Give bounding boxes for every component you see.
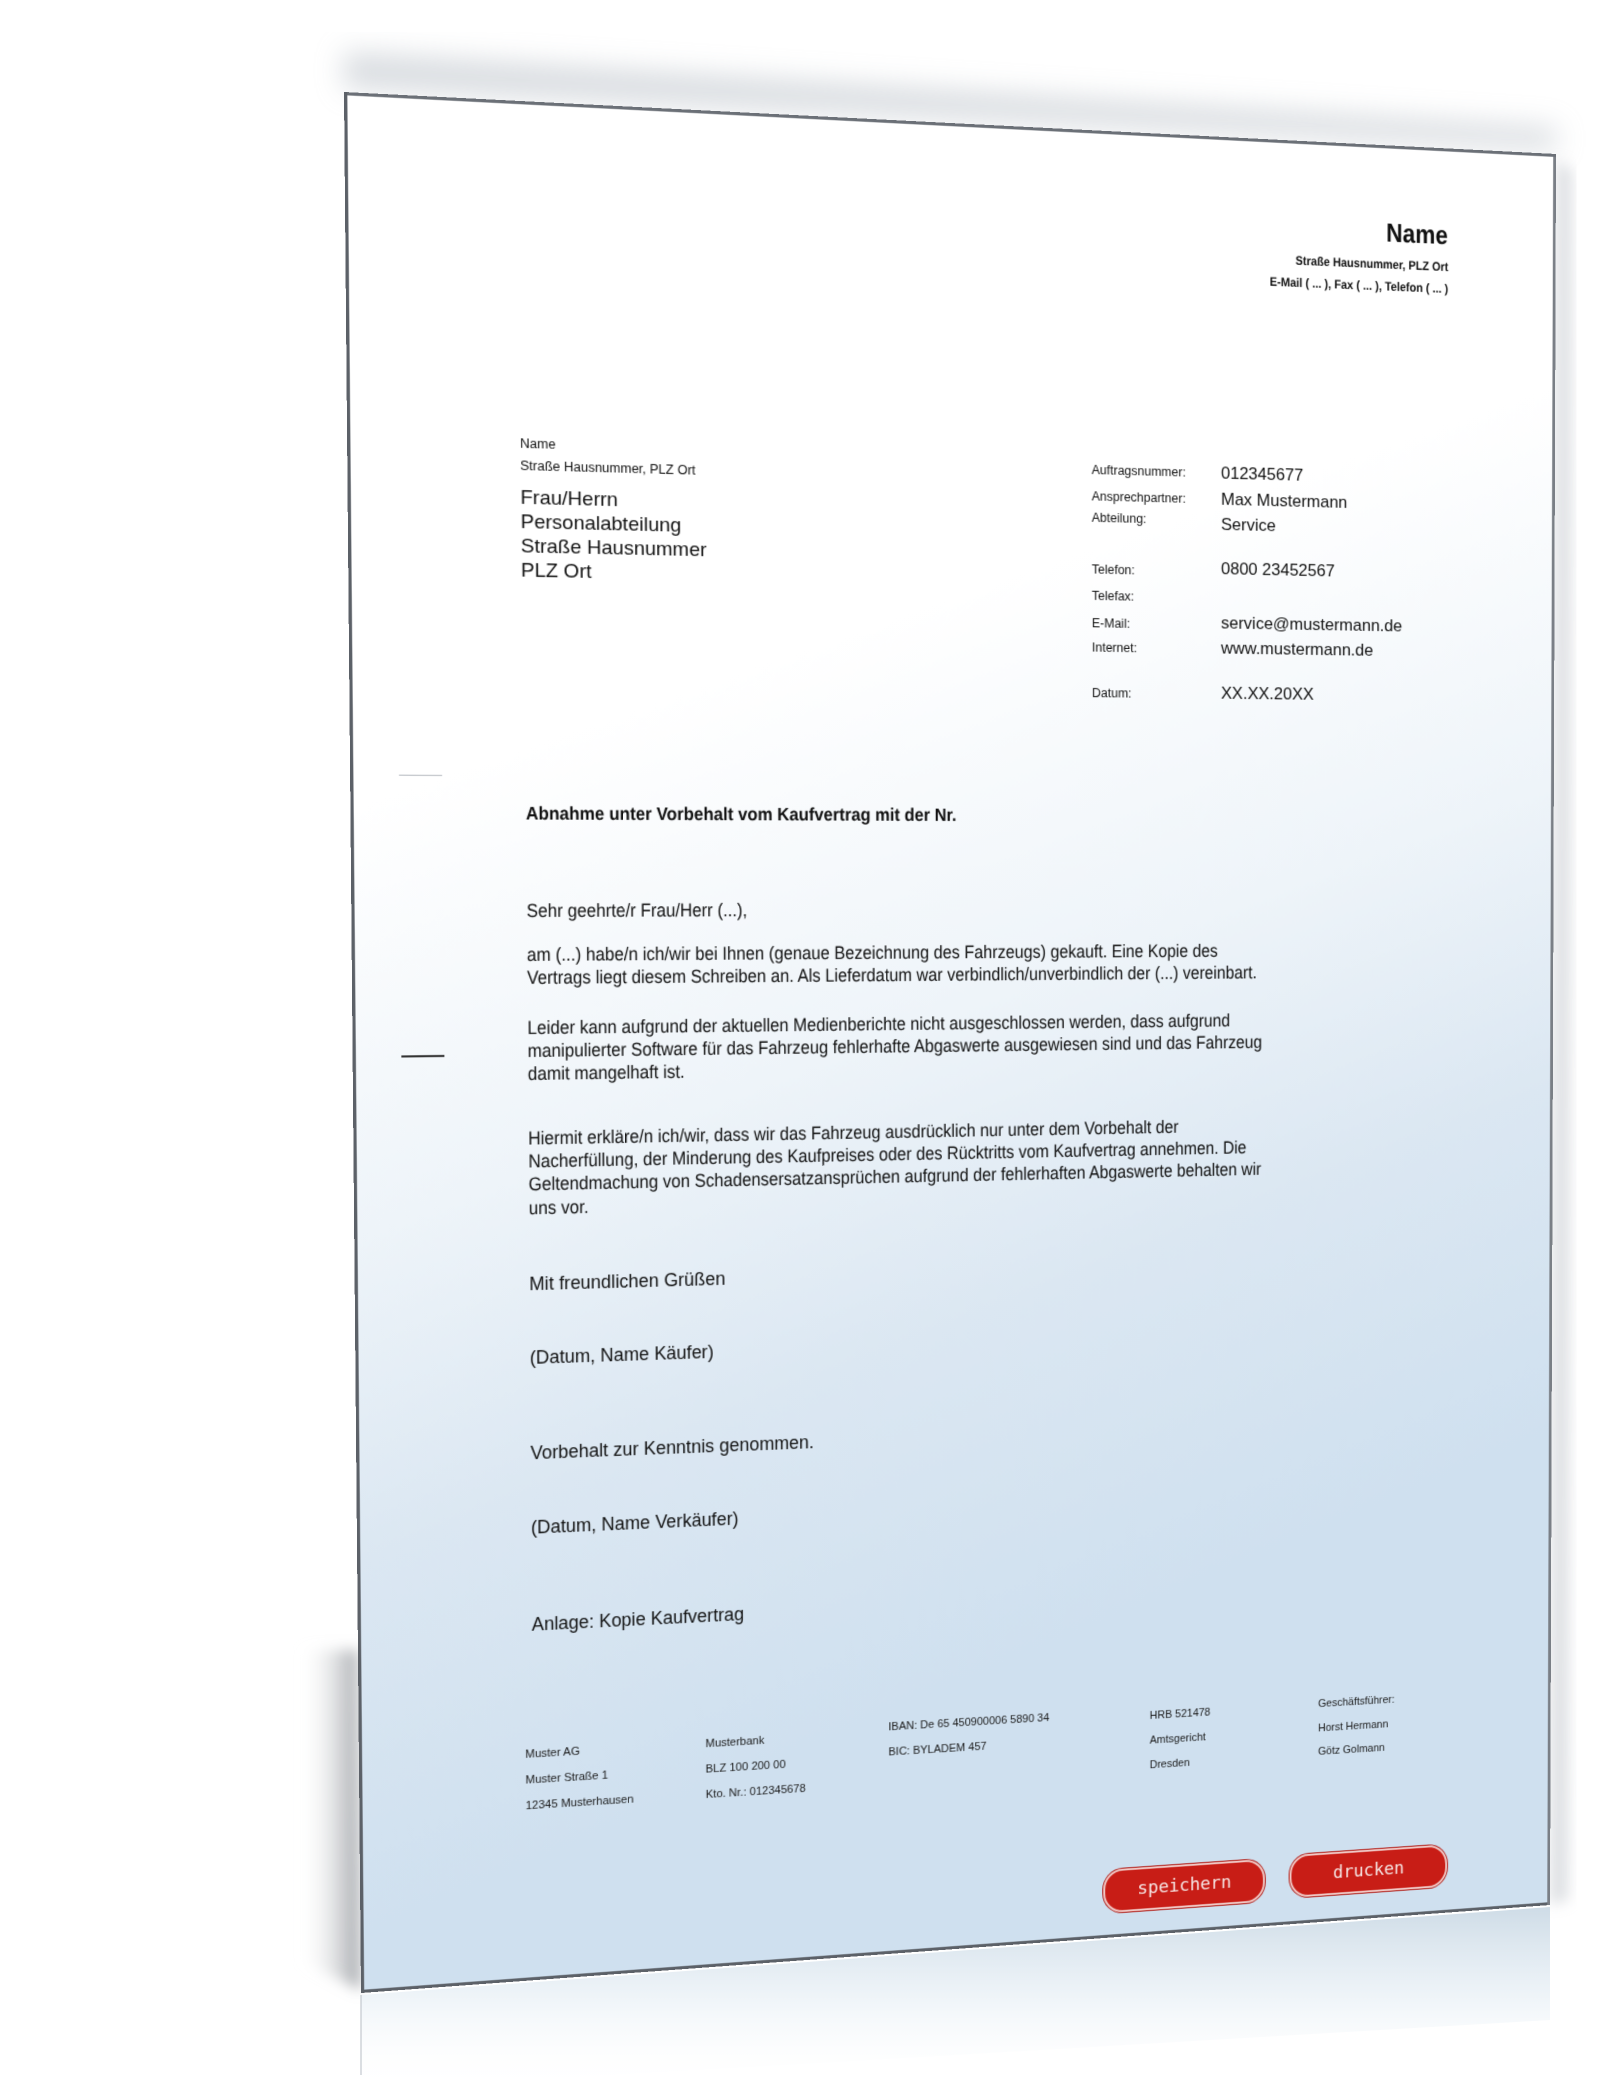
footer-management: Götz Golmann: [1318, 1742, 1385, 1758]
buyer-signature: (Datum, Name Käufer): [530, 1341, 714, 1369]
return-address: Straße Hausnummer, PLZ Ort: [520, 458, 695, 477]
seller-signature: (Datum, Name Verkäufer): [531, 1508, 739, 1539]
recipient-line: PLZ Ort: [521, 560, 592, 585]
letter-subject: Abnahme unter Vorbehalt vom Kaufvertrag …: [526, 803, 957, 826]
save-button[interactable]: speichern: [1103, 1859, 1265, 1914]
footer-register: Amtsgericht: [1150, 1731, 1206, 1746]
info-value-email: service@mustermann.de: [1221, 613, 1402, 636]
footer-management: Horst Hermann: [1318, 1718, 1388, 1734]
footer-register: HRB 521478: [1150, 1707, 1211, 1722]
footer-company: 12345 Musterhausen: [526, 1793, 634, 1812]
footer-bank: Musterbank: [705, 1735, 764, 1751]
footer-iban: IBAN: De 65 450900006 5890 34: [888, 1712, 1049, 1733]
info-label-datum: Datum:: [1092, 686, 1132, 701]
footer-company: Muster AG: [525, 1745, 580, 1761]
footer-bic: BIC: BYLADEM 457: [888, 1741, 986, 1759]
salutation: Sehr geehrte/r Frau/Herr (...),: [527, 900, 748, 922]
acknowledgement: Vorbehalt zur Kenntnis genommen.: [530, 1432, 814, 1465]
info-label-telefon: Telefon:: [1092, 562, 1135, 577]
return-name: Name: [520, 436, 556, 452]
closing: Mit freundlichen Grüßen: [529, 1268, 725, 1295]
footer-company: Muster Straße 1: [525, 1769, 608, 1786]
punch-mark: [401, 1055, 444, 1058]
info-label-telefax: Telefax:: [1092, 589, 1134, 604]
info-value-abteilung: Service: [1221, 515, 1276, 536]
enclosure: Anlage: Kopie Kaufvertrag: [532, 1604, 745, 1636]
info-value-internet: www.mustermann.de: [1221, 638, 1373, 660]
paragraph-line: uns vor.: [529, 1196, 589, 1219]
info-label-ansprechpartner: Ansprechpartner:: [1092, 489, 1186, 506]
recipient-line: Frau/Herrn: [520, 487, 618, 513]
paragraph-line: damit mangelhaft ist.: [528, 1061, 685, 1085]
paragraph-line: Vertrags liegt diesem Schreiben an. Als …: [527, 962, 1257, 989]
info-value-datum: XX.XX.20XX: [1221, 684, 1314, 705]
info-value-auftragsnummer: 012345677: [1221, 463, 1303, 485]
info-label-auftragsnummer: Auftragsnummer:: [1092, 463, 1186, 480]
footer-register: Dresden: [1150, 1757, 1190, 1771]
sender-contact: E-Mail ( ... ), Fax ( ... ), Telefon ( .…: [1269, 275, 1447, 296]
recipient-line: Personalabteilung: [521, 511, 682, 538]
footer-management: Geschäftsführer:: [1318, 1694, 1395, 1710]
info-value-ansprechpartner: Max Mustermann: [1221, 490, 1347, 513]
print-button[interactable]: drucken: [1290, 1844, 1448, 1898]
sender-name: Name: [1386, 217, 1448, 251]
info-label-email: E-Mail:: [1092, 616, 1130, 631]
info-value-telefon: 0800 23452567: [1221, 559, 1335, 581]
sender-address: Straße Hausnummer, PLZ Ort: [1295, 254, 1448, 275]
fold-mark: [399, 775, 442, 776]
footer-bank: BLZ 100 200 00: [706, 1759, 786, 1776]
info-label-internet: Internet:: [1092, 640, 1137, 655]
paragraph-line: am (...) habe/n ich/wir bei Ihnen (genau…: [527, 941, 1218, 966]
info-label-abteilung: Abteilung:: [1092, 511, 1147, 527]
recipient-line: Straße Hausnummer: [521, 535, 707, 562]
letter-page: Name Straße Hausnummer, PLZ Ort E-Mail (…: [344, 92, 1556, 1993]
footer-bank: Kto. Nr.: 012345678: [706, 1783, 806, 1801]
